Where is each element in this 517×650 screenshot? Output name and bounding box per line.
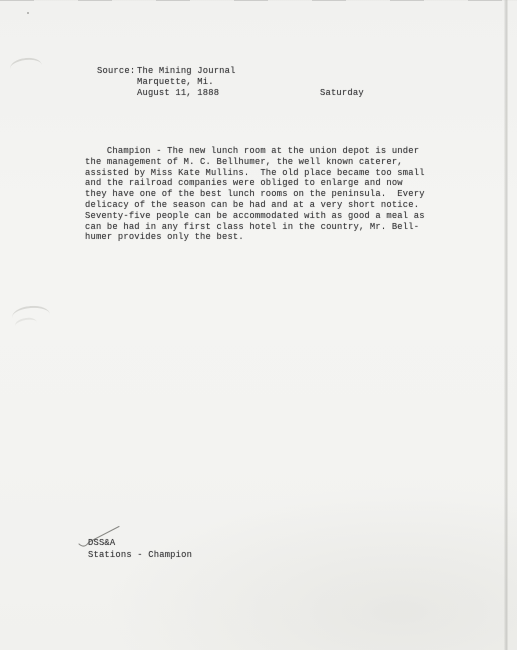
scan-top-edge-artifact — [0, 0, 517, 1]
article-body-text: Champion - The new lunch room at the uni… — [85, 146, 425, 243]
scan-speck — [27, 12, 29, 14]
footer-annotation: DSS&A Stations - Champion — [88, 538, 192, 561]
paper-right-edge-shadow — [504, 0, 508, 650]
day-of-week: Saturday — [320, 88, 364, 99]
scanned-document-page: Source: The Mining Journal Marquette, Mi… — [0, 0, 517, 650]
source-label: Source: — [97, 66, 135, 77]
source-details: The Mining Journal Marquette, Mi. August… — [137, 66, 236, 99]
paper-crease-mark-top — [9, 56, 43, 78]
